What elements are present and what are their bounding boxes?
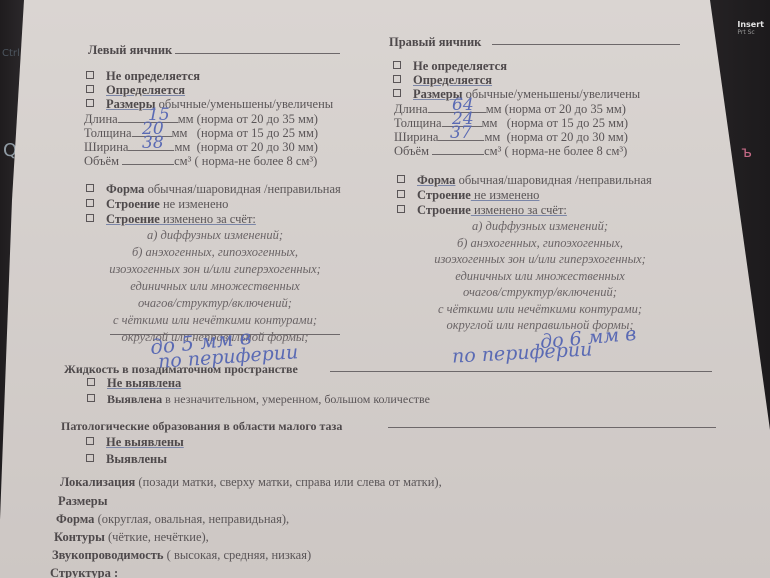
detail-line: с чёткими или нечёткими контурами; <box>420 301 660 318</box>
left-length-row: Длинамм (норма от 20 до 35 мм) <box>84 113 318 126</box>
right-structure-details: а) диффузных изменений; б) анэхогенных, … <box>420 218 660 334</box>
detail-line: изоэхогенных зон и/или гиперэхогенных; <box>95 261 335 278</box>
detail-contours: Контуры (чёткие, нечёткие), <box>54 531 209 544</box>
fluid-option-found[interactable]: Выявлена в незначительном, умеренном, бо… <box>87 393 430 405</box>
right-option-not-detected[interactable]: Не определяется <box>393 60 507 73</box>
detail-structure: Структура : <box>50 567 118 578</box>
left-width-value: 38 <box>142 133 164 153</box>
checkbox-icon[interactable] <box>87 394 95 402</box>
right-volume-row: Объём см³ ( норма-не более 8 см³) <box>394 145 627 158</box>
checkbox-icon[interactable] <box>87 378 95 386</box>
left-thickness-row: Толщинамм (норма от 15 до 25 мм) <box>84 127 318 140</box>
detail-line: единичных или множественных <box>420 268 660 285</box>
checkbox-icon[interactable] <box>393 61 401 69</box>
checkbox-icon[interactable] <box>86 454 94 462</box>
pathology-title: Патологические образования в области мал… <box>61 420 342 432</box>
paper-sheet: Левый яичник Не определяется Определяетс… <box>0 0 770 578</box>
detail-line: единичных или множественных <box>95 278 335 295</box>
right-handwritten-note-2: по периферии <box>452 338 593 367</box>
detail-line: б) анэхогенных, гипоэхогенных, <box>95 244 335 261</box>
left-ovary-title: Левый яичник <box>88 44 172 57</box>
fluid-title: Жидкость в позадиматочном пространстве <box>64 363 298 375</box>
detail-line: очагов/структур/включений; <box>95 295 335 312</box>
checkbox-icon[interactable] <box>86 99 94 107</box>
detail-sound-conductivity: Звукопроводимость ( высокая, средняя, ни… <box>52 549 311 562</box>
key-blurred: Ctrl <box>2 48 20 59</box>
detail-sizes: Размеры <box>58 495 108 508</box>
pathology-title-line <box>388 427 716 428</box>
left-width-row: Ширинамм (норма от 20 до 30 мм) <box>84 141 318 154</box>
right-ovary-title: Правый яичник <box>389 36 481 49</box>
checkbox-icon[interactable] <box>86 71 94 79</box>
checkbox-icon[interactable] <box>397 190 405 198</box>
checkbox-icon[interactable] <box>393 75 401 83</box>
pathology-option-not-found[interactable]: Не выявлены <box>86 436 184 449</box>
checkbox-icon[interactable] <box>86 184 94 192</box>
checkbox-icon[interactable] <box>86 199 94 207</box>
detail-line: а) диффузных изменений; <box>95 227 335 244</box>
checkbox-icon[interactable] <box>397 205 405 213</box>
key-insert: Insert Prt Sc <box>737 20 764 36</box>
checkbox-icon[interactable] <box>393 89 401 97</box>
checkbox-icon[interactable] <box>86 214 94 222</box>
right-option-sizes[interactable]: Размеры обычные/уменьшены/увеличены <box>393 88 640 101</box>
checkbox-icon[interactable] <box>397 175 405 183</box>
key-hard-sign: ъ <box>741 143 752 161</box>
pathology-option-found[interactable]: Выявлены <box>86 453 167 466</box>
right-width-row: Ширинамм (норма от 20 до 30 мм) <box>394 131 628 144</box>
left-structure-changed[interactable]: Строение изменено за счёт: <box>86 213 256 226</box>
right-thickness-row: Толщинамм (норма от 15 до 25 мм) <box>394 117 628 130</box>
detail-line: б) анэхогенных, гипоэхогенных, <box>420 235 660 252</box>
checkbox-icon[interactable] <box>86 437 94 445</box>
detail-localization: Локализация (позади матки, сверху матки,… <box>60 476 442 489</box>
checkbox-icon[interactable] <box>86 85 94 93</box>
right-width-value: 37 <box>450 123 472 143</box>
detail-line: очагов/структур/включений; <box>420 284 660 301</box>
left-shape[interactable]: Форма обычная/шаровидная /неправильная <box>86 183 341 196</box>
left-option-sizes[interactable]: Размеры обычные/уменьшены/увеличены <box>86 98 333 111</box>
detail-line: изоэхогенных зон и/или гиперэхогенных; <box>420 251 660 268</box>
right-option-detected[interactable]: Определяется <box>393 74 492 87</box>
right-length-row: Длинамм (норма от 20 до 35 мм) <box>394 103 626 116</box>
detail-line: с чёткими или нечёткими контурами; <box>95 312 335 329</box>
detail-shape: Форма (округлая, овальная, неправидьная)… <box>56 513 289 526</box>
left-ovary-title-line <box>175 53 340 54</box>
left-option-not-detected[interactable]: Не определяется <box>86 70 200 83</box>
fluid-title-line <box>330 371 712 372</box>
left-volume-row: Объём см³ ( норма-не более 8 см³) <box>84 155 317 168</box>
detail-line: а) диффузных изменений; <box>420 218 660 235</box>
right-structure-changed[interactable]: Строение изменено за счёт: <box>397 204 567 217</box>
fluid-option-not-found[interactable]: Не выявлена <box>87 377 181 390</box>
right-structure-unchanged[interactable]: Строение не изменено <box>397 189 539 202</box>
left-option-detected[interactable]: Определяется <box>86 84 185 97</box>
right-ovary-title-line <box>492 44 680 45</box>
left-structure-unchanged[interactable]: Строение не изменено <box>86 198 228 211</box>
right-shape[interactable]: Форма обычная/шаровидная /неправильная <box>397 174 652 187</box>
